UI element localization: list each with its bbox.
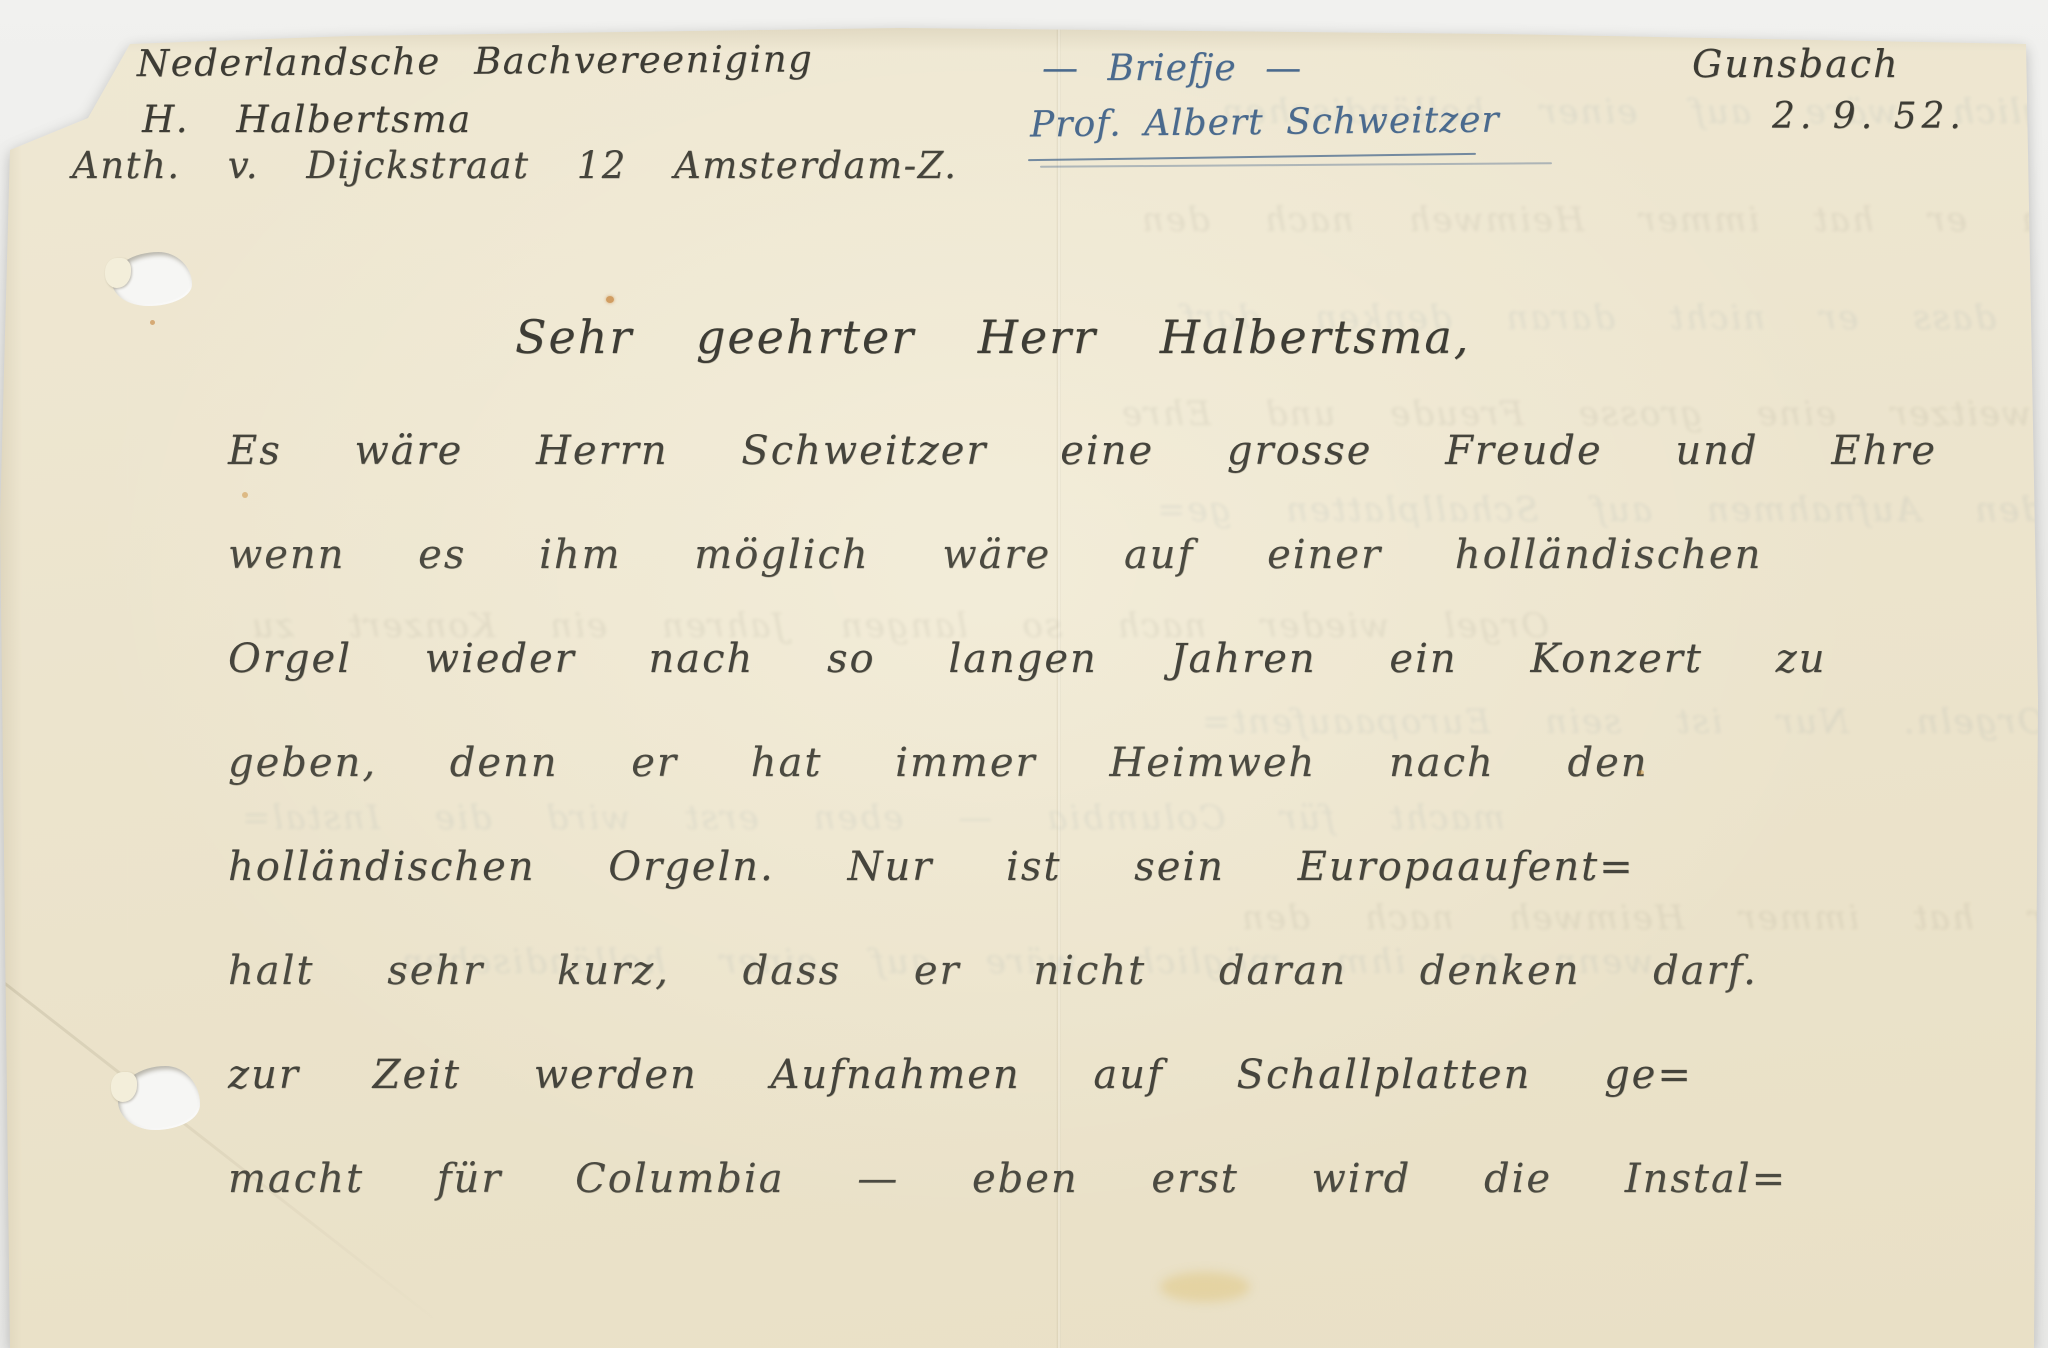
body-line: zur Zeit werden Aufnahmen auf Schallplat… [228,1044,1948,1107]
body-line: Orgel wieder nach so langen Jahren ein K… [228,628,1948,691]
body-line: wenn es ihm möglich wäre auf einer hollä… [228,524,1948,587]
salutation: Sehr geehrter Herr Halbertsma, [515,310,1470,364]
body-line: holländischen Orgeln. Nur ist sein Europ… [228,836,1948,899]
ink-bleedthrough: geben, denn er hat immer Heimweh nach de… [1140,200,2048,240]
body-line: halt sehr kurz, dass er nicht daran denk… [228,940,1948,1003]
body-line: Es wäre Herrn Schweitzer eine grosse Fre… [228,420,1948,483]
recipient-organization: de Nederlandsche Bachvereeniging [55,37,814,85]
foxing-spot [1638,770,1644,775]
recipient-name: H. Halbertsma [142,98,472,141]
letter-place: Gunsbach [1692,42,1900,86]
paper-edge-shading-left [0,100,22,1348]
stain [1160,1272,1250,1302]
foxing-spot [150,320,155,325]
annotation-author: Prof. Albert Schweitzer [1030,100,1500,146]
body-line: geben, denn er hat immer Heimweh nach de… [228,732,1948,795]
foxing-spot [242,492,248,498]
letter-page: wenn es ihm möglich wäre auf einer hollä… [0,0,2048,1348]
letter-page-wrapper: wenn es ihm möglich wäre auf einer hollä… [0,0,2048,1348]
foxing-spot [606,296,614,303]
annotation-title: — Briefje — [1042,48,1302,89]
letter-date: 2. 9. 52. [1772,96,1966,137]
punch-hole-bottom [118,1066,200,1130]
letter-body: Es wäre Herrn Schweitzer eine grosse Fre… [228,420,1948,1252]
annotation-underline [1028,153,1476,161]
punch-hole-top [112,252,192,306]
recipient-address: Anth. v. Dijckstraat 12 Amsterdam-Z. [72,144,957,187]
annotation-underline-flourish [1040,162,1552,168]
body-line: macht für Columbia — eben erst wird die … [228,1148,1948,1211]
